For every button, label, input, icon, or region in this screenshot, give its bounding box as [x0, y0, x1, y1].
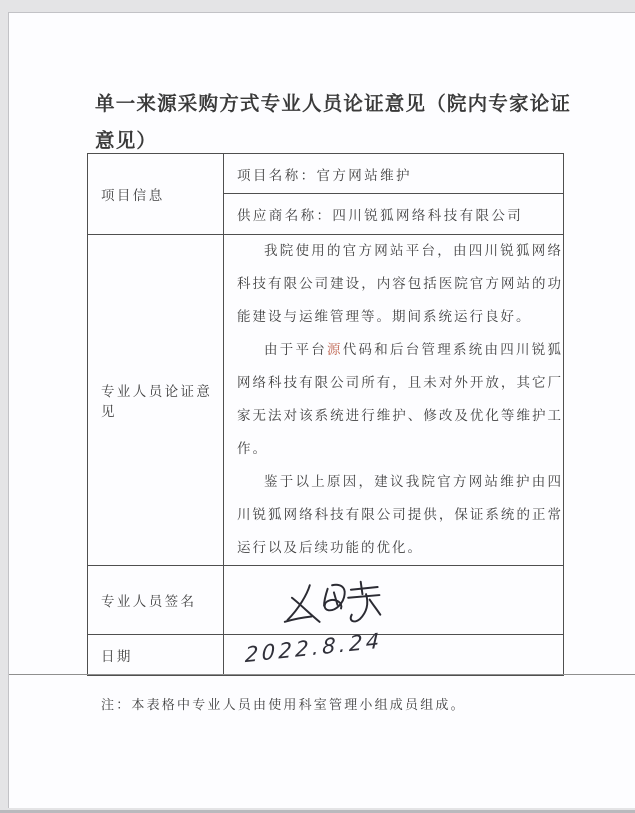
project-name-cell: 项目名称：官方网站维护	[224, 154, 564, 194]
table-row: 日期 2022.8.24	[88, 635, 564, 676]
row-header-opinion: 专业人员论证意见	[88, 235, 224, 566]
opinion-paragraph-2-prefix: 由于平台	[264, 342, 327, 358]
opinion-paragraph-1: 我院使用的官方网站平台，由四川锐狐网络科技有限公司建设，内容包括医院官方网站的功…	[237, 235, 563, 334]
supplier-name-cell: 供应商名称：四川锐狐网络科技有限公司	[224, 194, 564, 235]
document-title-line-1: 单一来源采购方式专业人员论证意见（院内专家论证	[95, 85, 585, 122]
row-header-signature: 专业人员签名	[88, 566, 224, 635]
row-header-project-info: 项目信息	[88, 154, 224, 235]
opinion-paragraph-2-suffix: 代码和后台管理系统由四川锐狐网络科技有限公司所有，且未对外开放，其它厂家无法对该…	[237, 342, 563, 457]
opinion-paragraph-3: 鉴于以上原因，建议我院官方网站维护由四川锐狐网络科技有限公司提供，保证系统的正常…	[237, 466, 563, 565]
footer-divider	[9, 674, 635, 675]
table-row: 项目信息 项目名称：官方网站维护	[88, 154, 564, 194]
document-page: 单一来源采购方式专业人员论证意见（院内专家论证 意见） 项目信息 项目名称：官方…	[8, 12, 635, 808]
signature-handwriting	[283, 578, 383, 630]
signature-cell	[224, 566, 564, 635]
table-row: 专业人员签名	[88, 566, 564, 635]
opinion-paragraph-2-highlighted-char: 源	[327, 342, 343, 358]
table-row: 专业人员论证意见 我院使用的官方网站平台，由四川锐狐网络科技有限公司建设，内容包…	[88, 235, 564, 566]
handwritten-date: 2022.8.24	[245, 628, 383, 667]
document-canvas: { "title": { "full": "单一来源采购方式专业人员论证意见（院…	[0, 0, 635, 813]
document-title: 单一来源采购方式专业人员论证意见（院内专家论证 意见）	[95, 85, 585, 159]
opinion-cell: 我院使用的官方网站平台，由四川锐狐网络科技有限公司建设，内容包括医院官方网站的功…	[224, 235, 564, 566]
footer-note: 注：本表格中专业人员由使用科室管理小组成员组成。	[101, 694, 466, 713]
row-header-date: 日期	[88, 635, 224, 676]
opinion-form-table: 项目信息 项目名称：官方网站维护 供应商名称：四川锐狐网络科技有限公司 专业人员…	[87, 153, 564, 676]
date-cell: 2022.8.24	[224, 635, 564, 676]
opinion-paragraph-2: 由于平台源代码和后台管理系统由四川锐狐网络科技有限公司所有，且未对外开放，其它厂…	[237, 334, 563, 466]
